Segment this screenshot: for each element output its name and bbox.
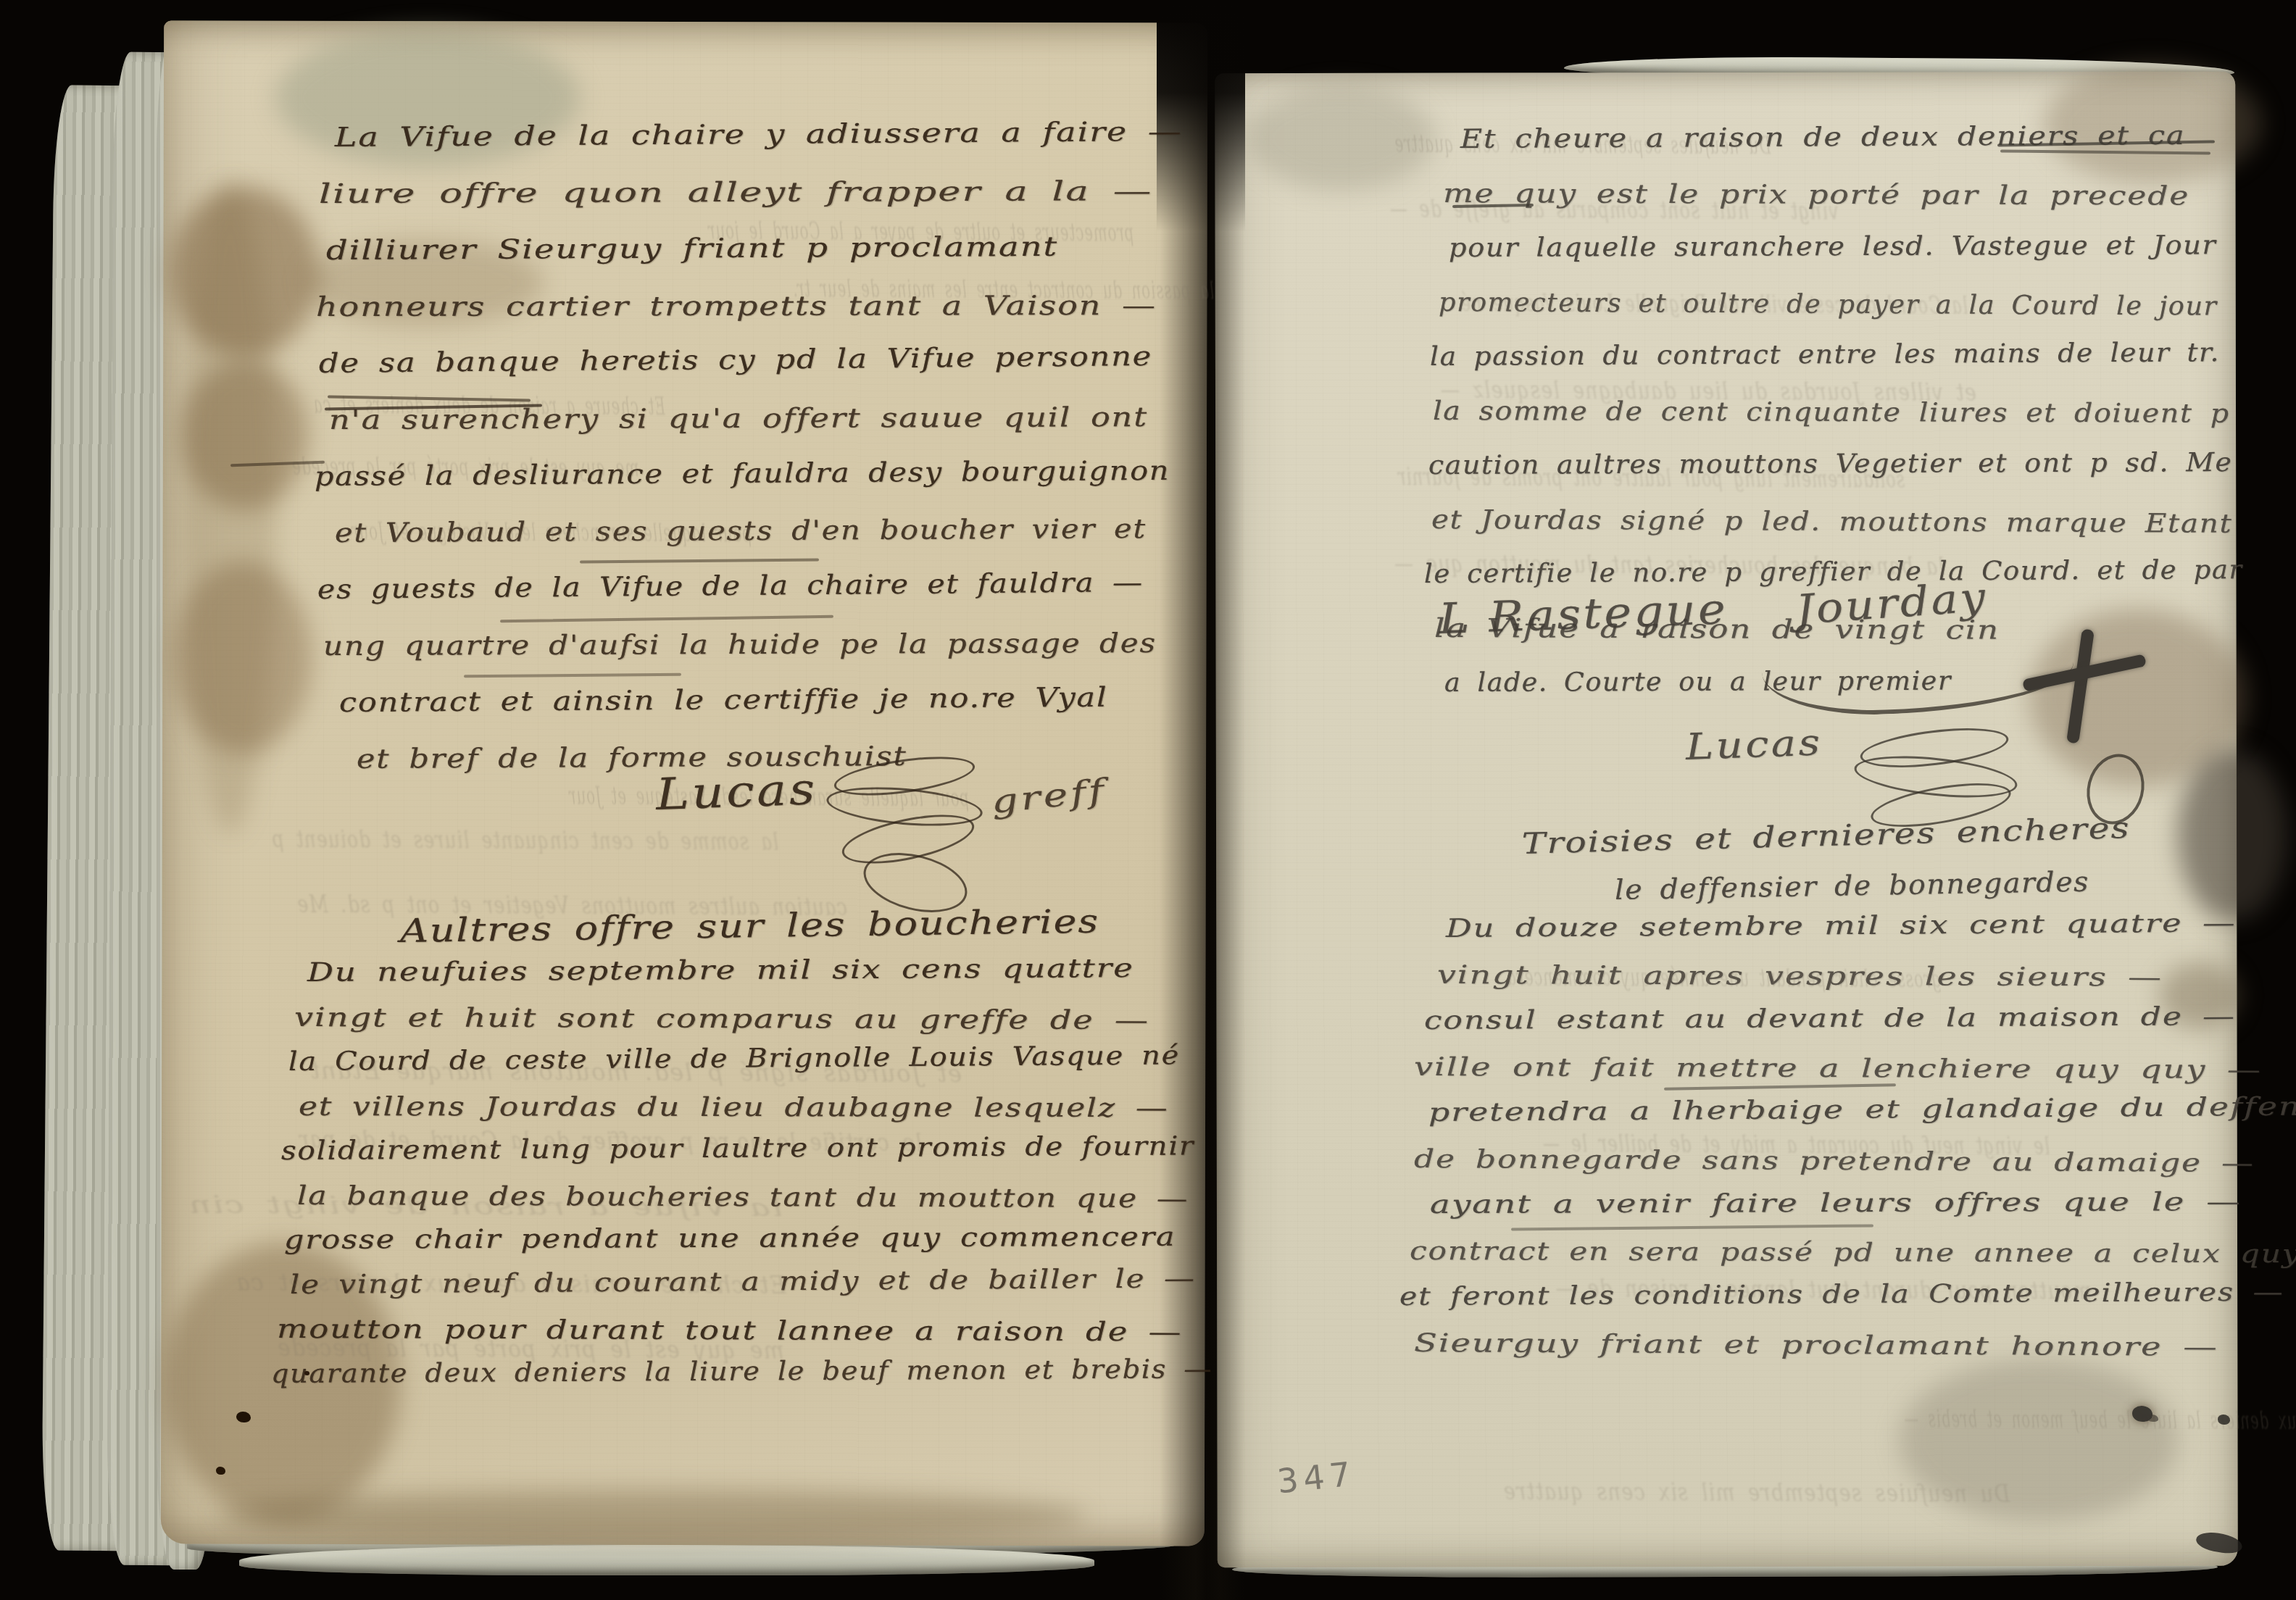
page-edge-stack (239, 1545, 1094, 1575)
right-page (1215, 72, 2238, 1567)
manuscript-photo: La Vifue de la chaire y adiussera a fair… (0, 0, 2296, 1600)
paper-texture (1215, 72, 2238, 1567)
left-page (161, 20, 1207, 1546)
paper-texture (161, 20, 1207, 1546)
